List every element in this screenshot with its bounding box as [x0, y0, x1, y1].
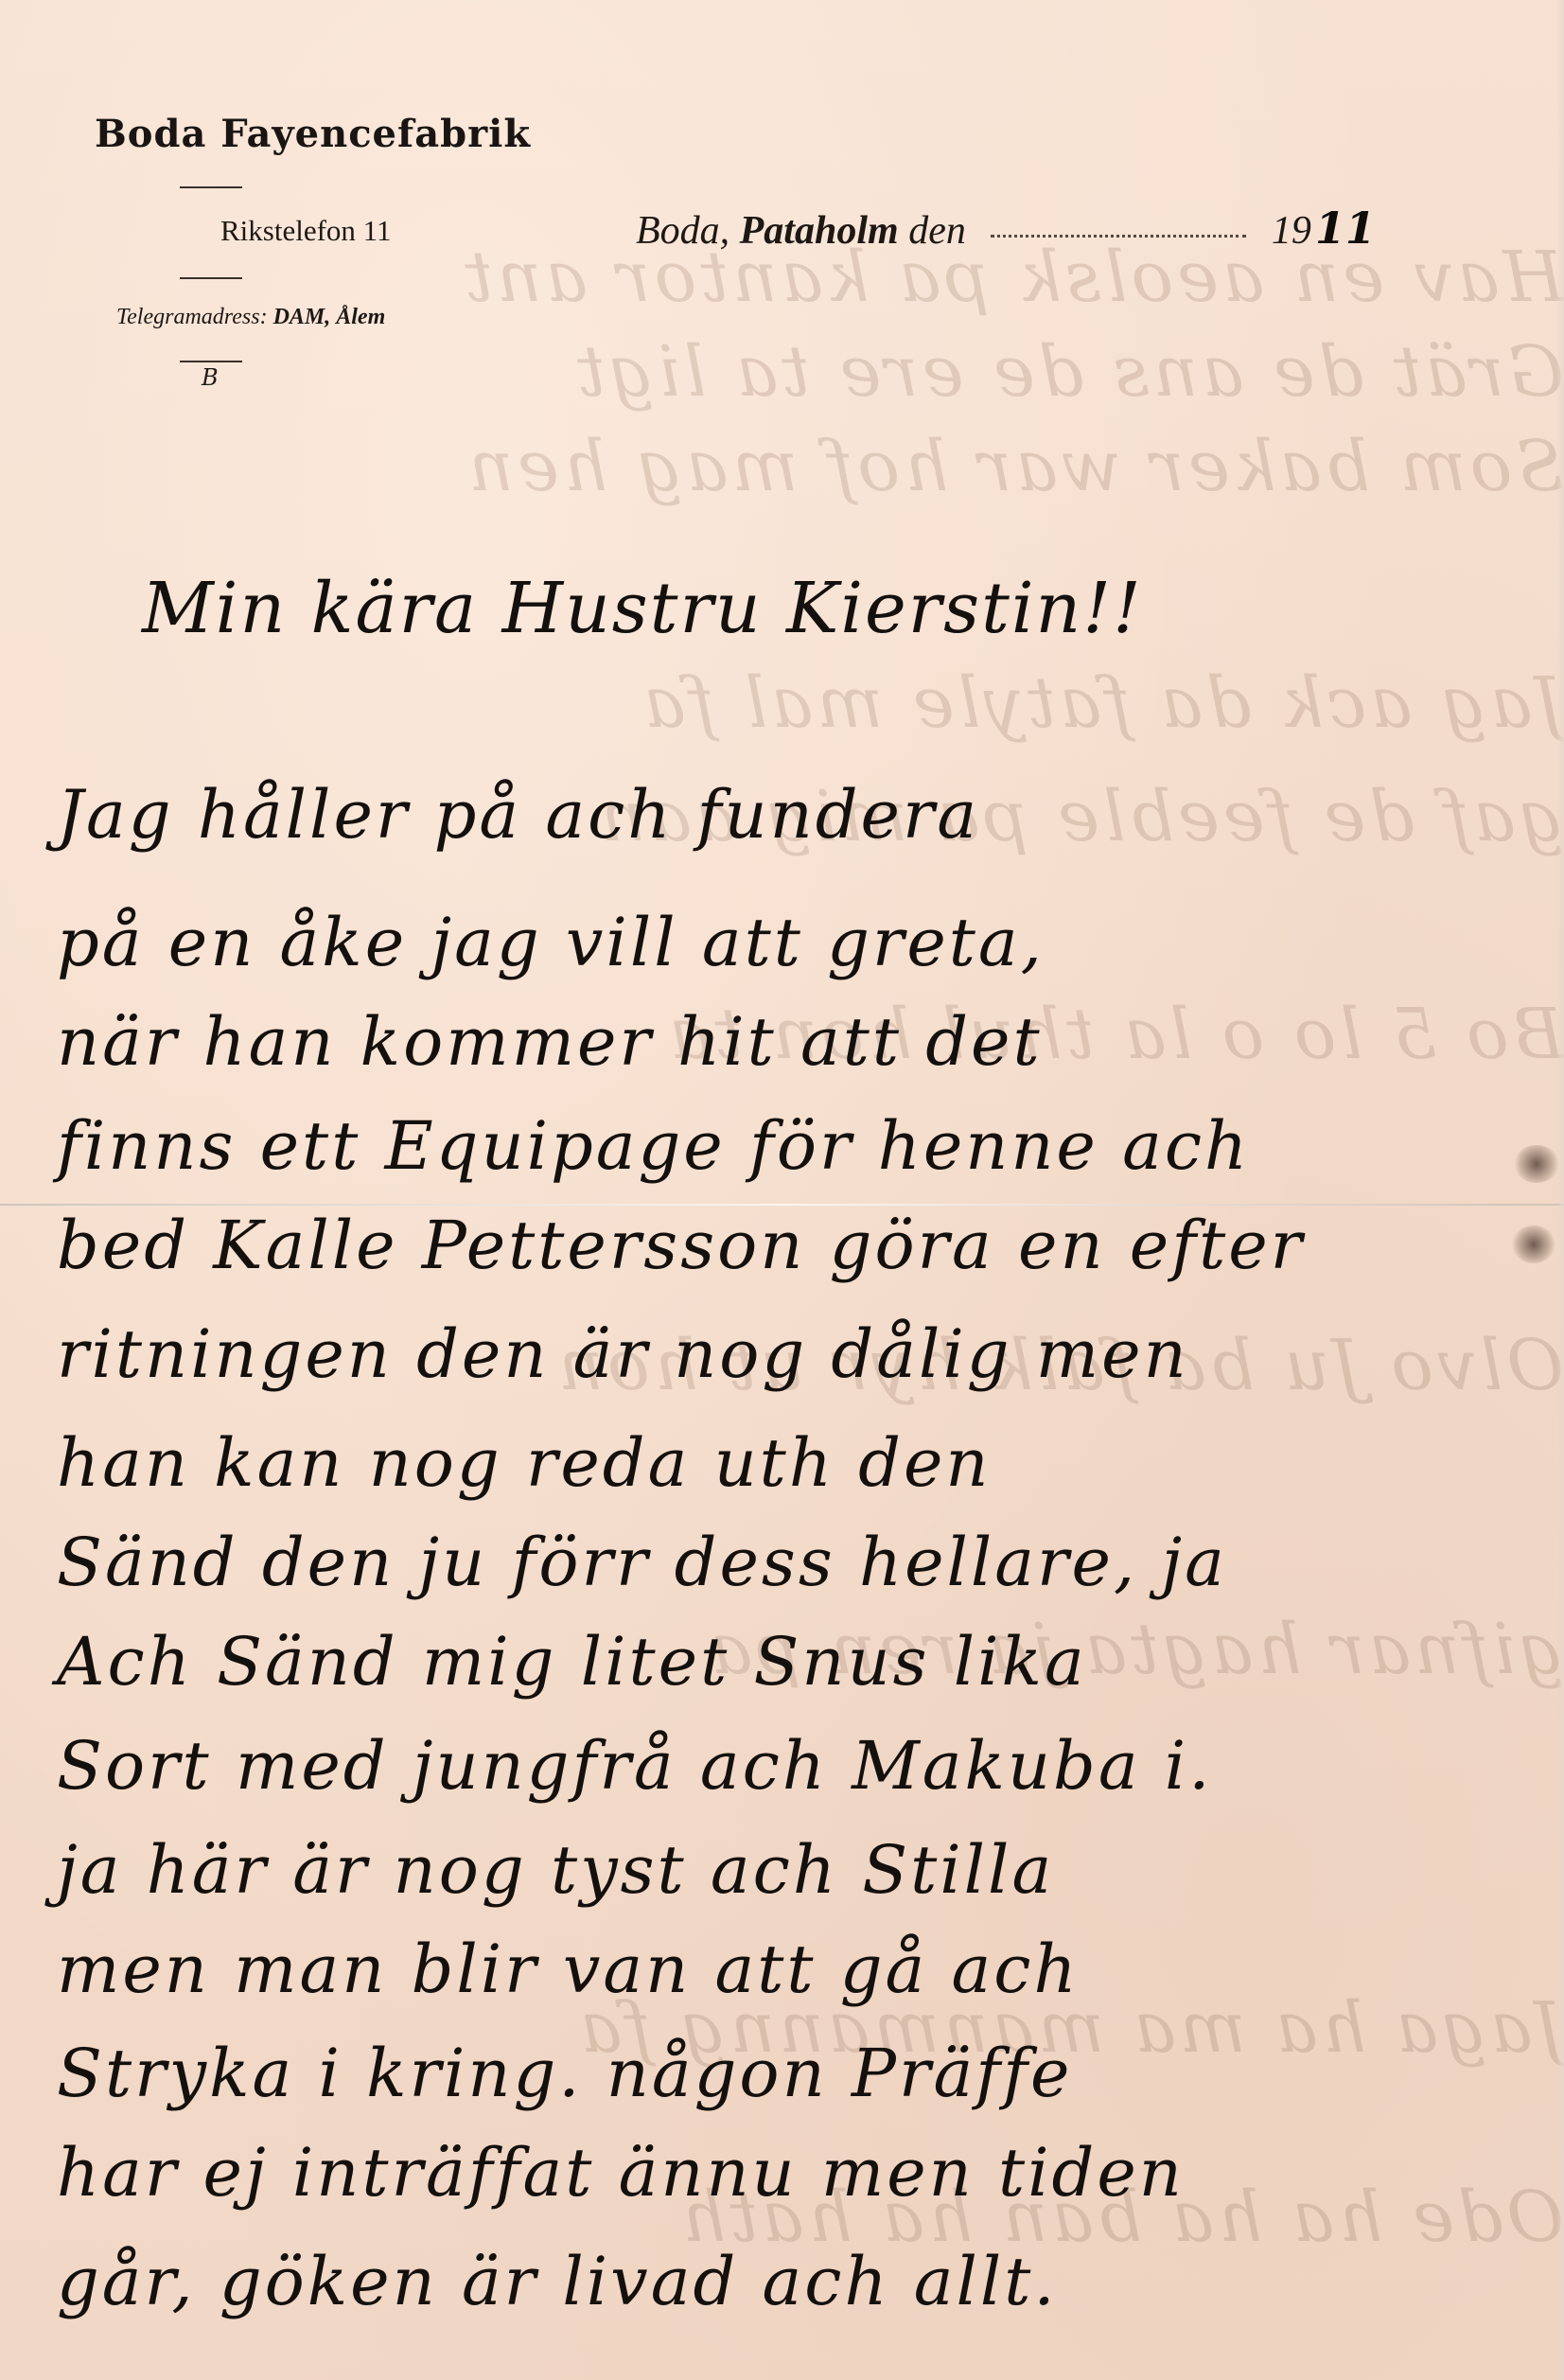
letter-line: går, göken är livad ach allt. [57, 2243, 1564, 2320]
bleed-through-text: Jag ack da fatyle mal fa [0, 662, 1564, 744]
year-handwritten: 11 [1315, 203, 1376, 254]
divider [180, 186, 242, 188]
den-label: den [908, 209, 966, 253]
letter-line: Sänd den ju förr dess hellare, ja [57, 1524, 1564, 1601]
date-dotted-line [991, 235, 1246, 238]
letter-line: ritningen den är nog dålig men [57, 1315, 1564, 1393]
letter-line: Sort med jungfrå ach Makuba i. [57, 1727, 1564, 1805]
letter-page: Hav en aeolsk pa kantor ant Grät de ans … [0, 0, 1564, 2380]
letter-line: bed Kalle Pettersson göra en efter [57, 1207, 1564, 1284]
letter-line: Jag håller på ach fundera [57, 776, 1564, 854]
telegram-value: DAM, Ålem [273, 305, 386, 329]
place-name: Pataholm [740, 209, 899, 253]
letter-line: men man blir van att gå ach [57, 1930, 1564, 2008]
bleed-through-text: Som baker war hof mag hen [0, 426, 1564, 507]
telegram-label: Telegramadress: [116, 305, 268, 329]
place-prefix: Boda, [636, 209, 729, 253]
letter-line: när han kommer hit att det [57, 1003, 1564, 1081]
paper-fold-crease [0, 1204, 1564, 1206]
letter-line: han kan nog reda uth den [57, 1424, 1564, 1502]
letter-line: Stryka i kring. någon Präffe [57, 2035, 1564, 2112]
paper-edge [1556, 0, 1564, 2380]
company-name: Boda Fayencefabrik [95, 112, 531, 156]
salutation: Min kära Hustru Kierstin!! [142, 568, 1564, 649]
monogram-icon: B [202, 364, 219, 391]
telegram-address: Telegramadress: DAM, Ålem [116, 305, 385, 330]
divider [180, 361, 242, 362]
letter-line: har ej inträffat ännu men tiden [57, 2134, 1564, 2212]
phone-number: Rikstelefon 11 [220, 214, 392, 248]
letter-line: finns ett Equipage för henne ach [57, 1107, 1564, 1185]
bleed-through-text: Grät de ans de ere ta ligt [0, 331, 1564, 413]
divider [180, 277, 242, 279]
letter-line: ja här är nog tyst ach Stilla [57, 1831, 1564, 1909]
letter-line: Ach Sänd mig litet Snus lika [57, 1623, 1564, 1701]
dateline: Boda, Pataholm den 1911 [636, 203, 1376, 254]
year-printed: 19 [1272, 209, 1311, 253]
letter-line: på en åke jag vill att greta, [57, 904, 1564, 981]
